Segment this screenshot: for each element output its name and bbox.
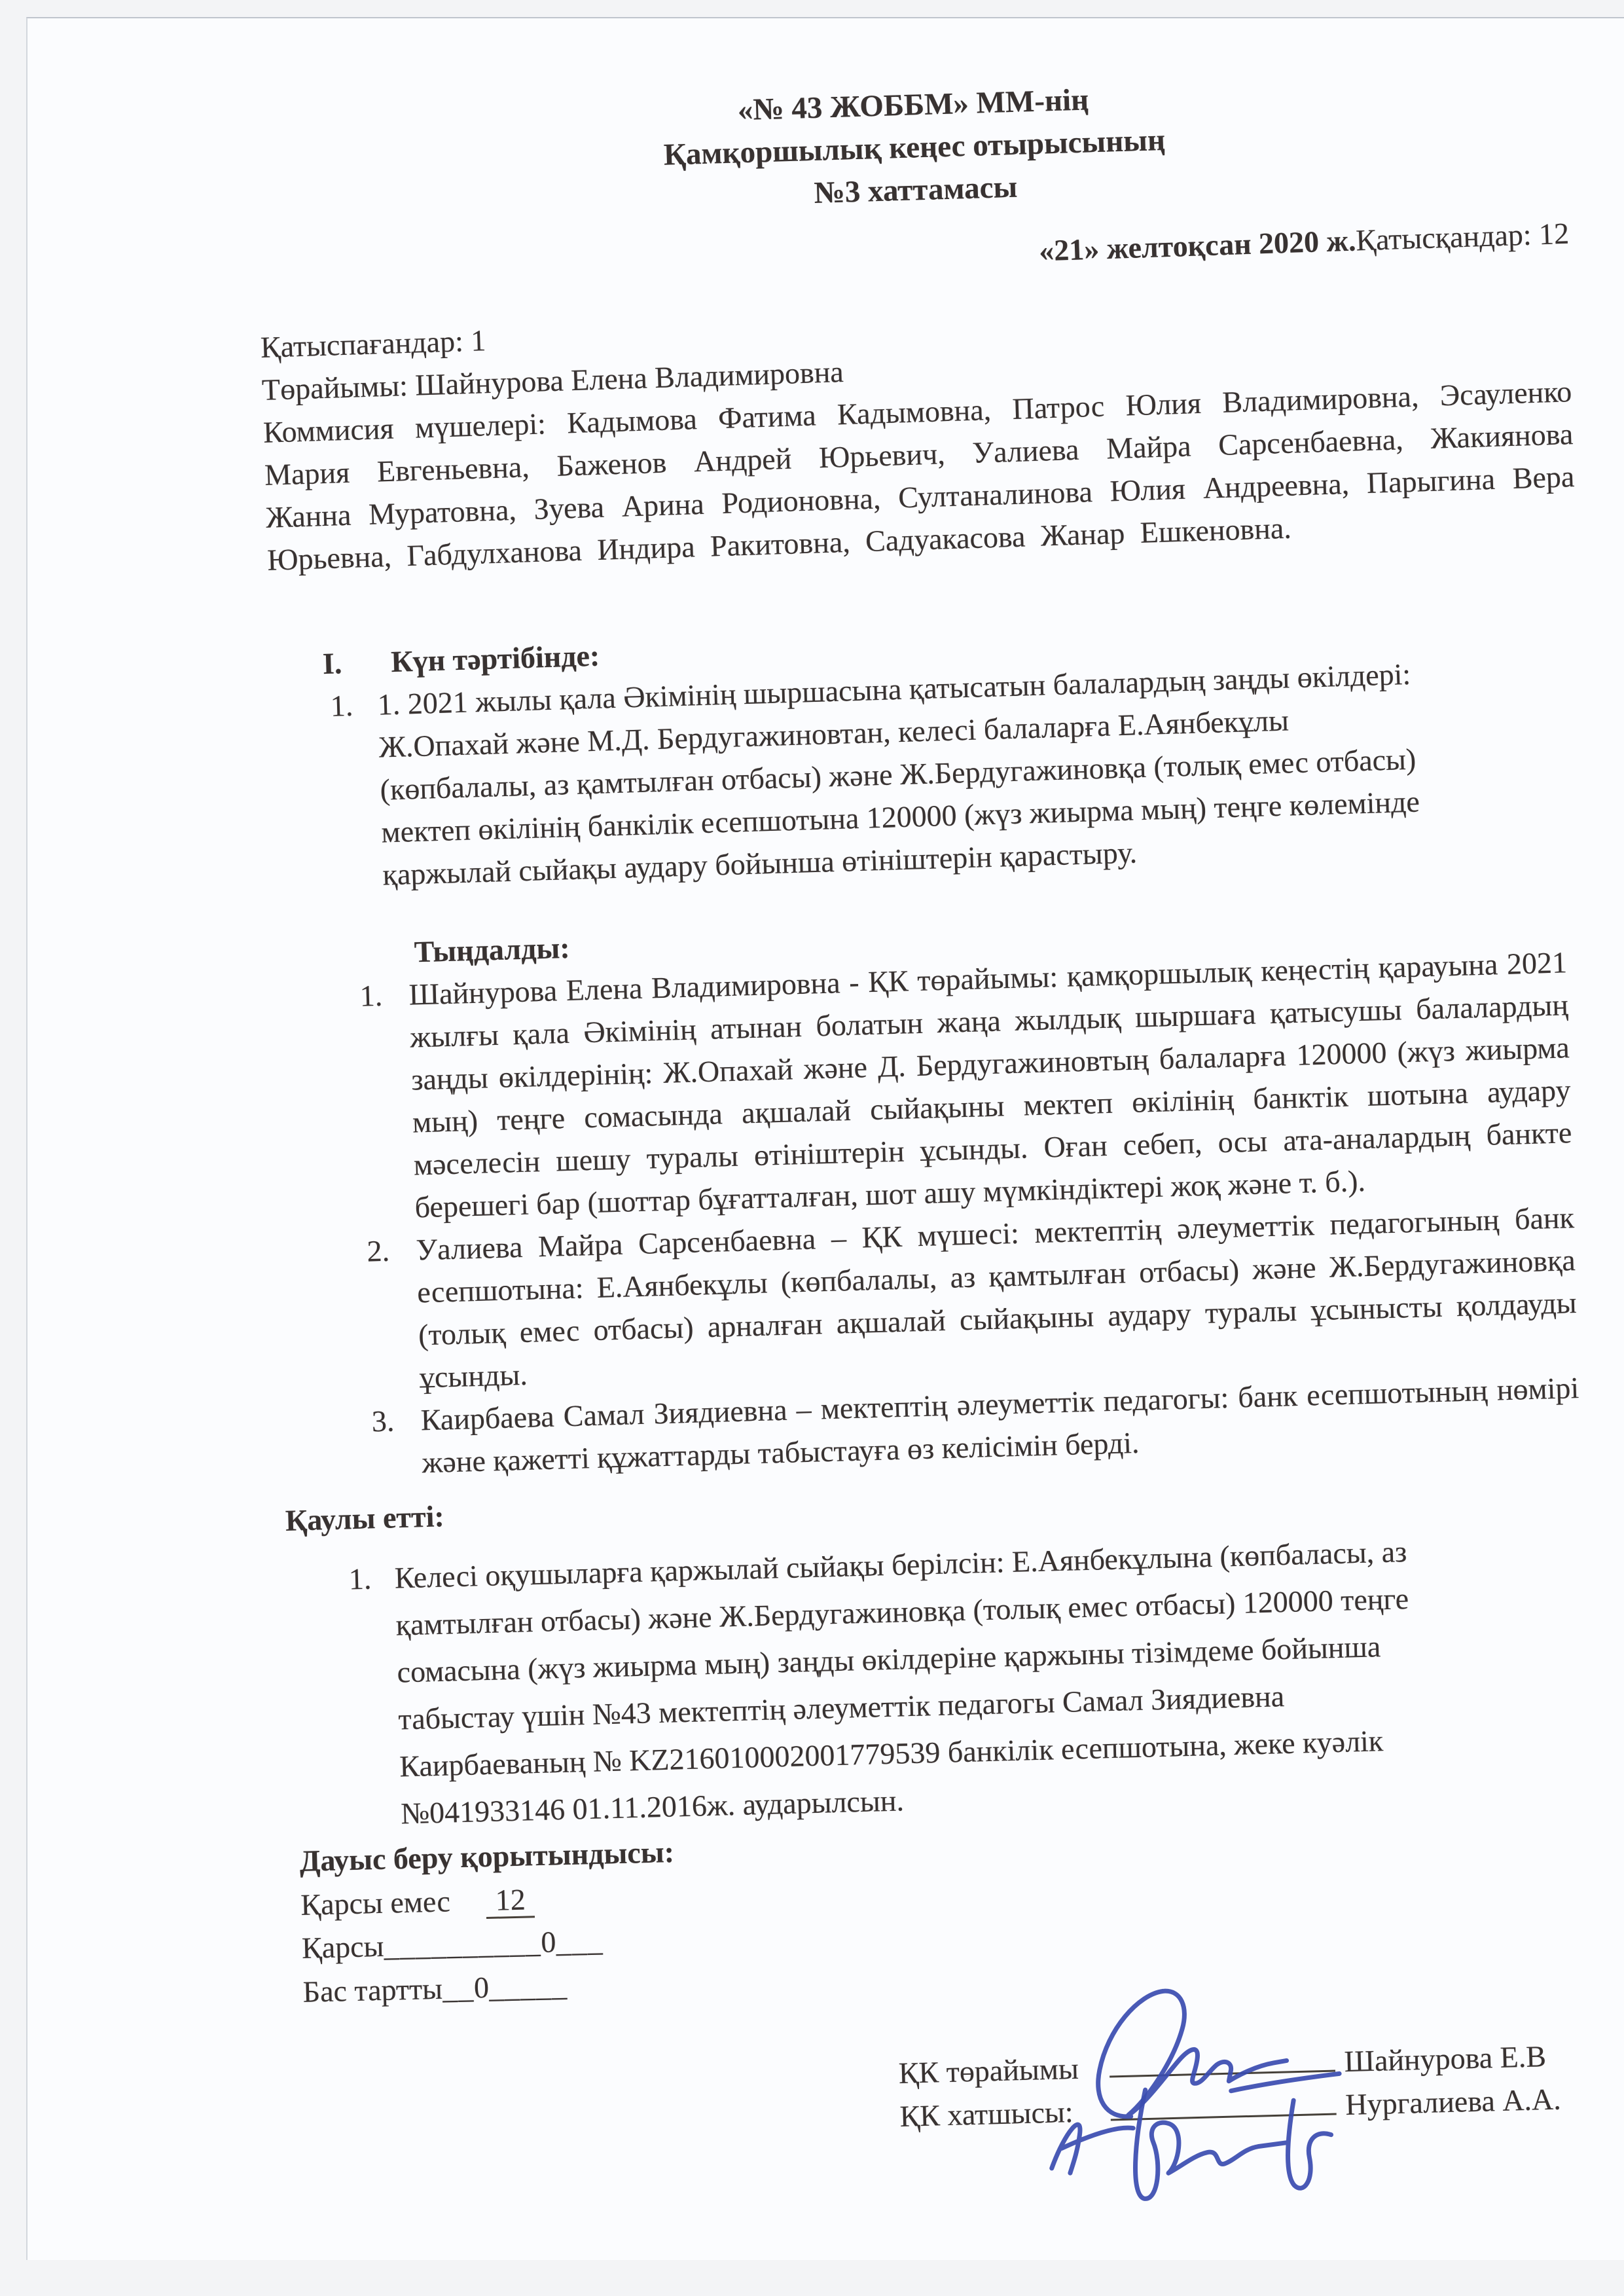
heard-item: 1. Шайнурова Елена Владимировна - ҚК төр… — [261, 941, 1574, 1233]
agenda-item: 1. 1. 2021 жылы қала Әкімінің шыршасына … — [261, 648, 1576, 900]
document-title: «№ 43 ЖОББМ» ММ-нің Қамқоршылық кеңес от… — [260, 65, 1569, 231]
resolved-item: 1. Келесі оқушыларға қаржылай сыйақы бер… — [260, 1524, 1570, 1841]
voting-value: 0 — [473, 1970, 489, 2004]
agenda-heading-label: Күн тәртібінде: — [391, 639, 600, 678]
meeting-date: «21» желтоқсан 2020 ж. — [1038, 223, 1356, 267]
voting-results: Дауыс беру қорытындысы: Қарсы емес12 Қар… — [299, 1831, 678, 2014]
resolved-section: 1. Келесі оқушыларға қаржылай сыйақы бер… — [260, 1524, 1570, 1841]
agenda-item-marker: 1. — [330, 684, 353, 727]
heard-section: Тыңдалды: 1. Шайнурова Елена Владимировн… — [260, 898, 1581, 1487]
signatures-block: ҚК төрайымыШайнурова Е.В ҚК хатшысы:Нург… — [898, 2035, 1561, 2138]
heard-item-marker: 3. — [371, 1400, 395, 1443]
agenda-section: I.Күн тәртібінде: 1. 1. 2021 жылы қала Ә… — [260, 606, 1576, 900]
voting-rule-line: ___ — [556, 1924, 604, 1959]
voting-rule-line: __________ — [384, 1925, 541, 1963]
page-sheet: «№ 43 ЖОББМ» ММ-нің Қамқоршылық кеңес от… — [26, 17, 1624, 2260]
chair-name: Шайнурова Е.В — [1344, 2039, 1547, 2078]
attendees-block: Қатыспағандар: 1 Төрайымы: Шайнурова Еле… — [260, 285, 1576, 581]
heard-item-text: Уалиева Майра Сарсенбаевна – ҚК мүшесі: … — [416, 1201, 1577, 1394]
heard-item-marker: 2. — [367, 1230, 390, 1273]
scanned-protocol-document: { "colors": { "ink": "#383231", "signatu… — [0, 0, 1624, 2296]
chair-signature-line — [1110, 2064, 1335, 2078]
secretary-role-label: ҚК хатшысы: — [899, 2090, 1111, 2138]
voting-row-abstained: Бас тартты__0_____ — [302, 1961, 678, 2013]
secretary-signature-line — [1111, 2107, 1337, 2121]
heard-item-marker: 1. — [359, 974, 383, 1017]
voting-heading: Дауыс беру қорытындысы: — [299, 1831, 675, 1883]
voting-label: Бас тартты — [302, 1971, 443, 2008]
voting-value: 12 — [486, 1882, 535, 1919]
chair-role-label: ҚК төрайымы — [898, 2047, 1110, 2095]
participants-count: Қатысқандар: 12 — [1355, 217, 1569, 257]
agenda-roman-numeral: I. — [322, 642, 342, 685]
resolved-item-marker: 1. — [348, 1556, 372, 1603]
voting-rule-line: __ — [442, 1971, 474, 2005]
heard-item-text: Шайнурова Елена Владимировна - ҚК төрайы… — [408, 945, 1572, 1224]
secretary-name: Нургалиева А.А. — [1345, 2083, 1562, 2122]
voting-rule-line: _____ — [488, 1969, 568, 2004]
resolved-heading: Қаулы етті: — [285, 1495, 445, 1542]
voting-label: Қарсы — [301, 1929, 384, 1965]
voting-value: 0 — [541, 1925, 556, 1959]
voting-label: Қарсы емес — [300, 1884, 451, 1922]
